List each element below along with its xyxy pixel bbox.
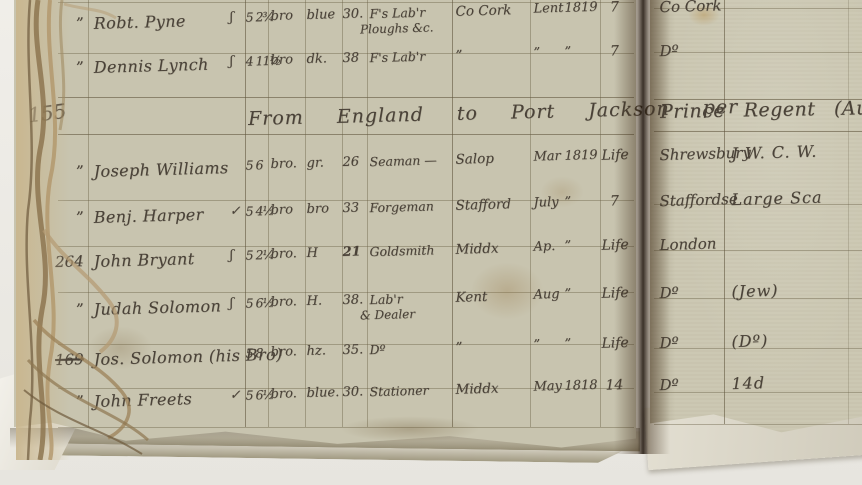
cell-remark: (Dº) [731, 329, 857, 352]
cell-eyes: blue. [306, 385, 339, 401]
cell-check-mark: ✓ [229, 388, 243, 403]
cell-year: ” [564, 194, 598, 210]
cell-county: Stafford [455, 196, 527, 214]
grid-line [654, 131, 862, 132]
cell-year: 1819 [564, 148, 598, 164]
cell-check-mark: ✓ [229, 204, 243, 219]
cell-age: 33 [342, 200, 364, 216]
cell-trade: Dº [369, 340, 449, 357]
cell-trade: Lab'r [369, 290, 449, 307]
cell-year: 1819 [564, 0, 598, 16]
cell-hair: bro. [270, 246, 302, 262]
cell-hair: bro. [270, 294, 302, 310]
cell-remark: (Jew) [731, 279, 857, 302]
cell-age: 38 [342, 50, 364, 66]
voyage-ship: Prince Regent (Aud [660, 97, 862, 123]
book-gutter-shadow [614, 0, 670, 454]
cell-height: 5 8 [245, 345, 267, 361]
cell-height: 5 2¾ [245, 9, 267, 25]
cell-eyes: gr. [306, 155, 339, 171]
cell-hair: bro [270, 52, 302, 68]
cell-age: 35. [342, 342, 364, 358]
cell-height: 5 6½ [245, 387, 267, 403]
cell-check-mark: ʃ [229, 54, 243, 69]
cell-eyes: blue [306, 7, 339, 23]
cell-hair: bro [270, 8, 302, 24]
cell-check-mark: ʃ [229, 248, 243, 263]
cell-month: Mar [533, 149, 565, 165]
cell-month: ” [533, 45, 565, 61]
cell-height: 5 2¼ [245, 247, 267, 263]
cell-eyes: hz. [306, 343, 339, 359]
cell-month: Lent [533, 1, 565, 17]
cell-county: Kent [455, 288, 527, 306]
cell-trade-note: & Dealer [360, 306, 452, 323]
cell-trade: Stationer [369, 382, 449, 399]
cell-check-mark: ʃ [229, 10, 243, 25]
cell-eyes: bro [306, 201, 339, 217]
grid-line [654, 424, 862, 425]
cell-trade: Forgeman [369, 198, 449, 215]
cell-year: ” [564, 286, 598, 302]
cell-month: July [533, 195, 565, 211]
cell-trade: F's Lab'r [369, 48, 449, 65]
cell-county: Middx [455, 380, 527, 398]
cell-check-mark: ʃ [229, 296, 243, 311]
cell-county: Co Cork [455, 2, 527, 20]
cell-month: May [533, 379, 565, 395]
cell-height: 5 6 [245, 157, 267, 173]
cell-year: 1818 [564, 378, 598, 394]
cell-year: ” [564, 44, 598, 60]
cell-eyes: H [306, 245, 339, 261]
cell-age: 21 [342, 244, 364, 260]
cell-county: Salop [455, 150, 527, 168]
cell-trade: Seaman — [369, 152, 449, 169]
cell-height: 4 11½ [245, 53, 267, 69]
cell-hair: bro. [270, 156, 302, 172]
cell-remark: Large Sca [731, 187, 857, 210]
cell-height: 5 4½ [245, 203, 267, 219]
cell-year: ” [564, 238, 598, 254]
cell-age: 38. [342, 292, 364, 308]
cell-month: ” [533, 337, 565, 353]
cell-eyes: H. [306, 293, 339, 309]
cell-age: 30. [342, 384, 364, 400]
cell-eyes: dk. [306, 51, 339, 67]
cell-month: Ap. [533, 239, 565, 255]
cell-hair: bro [270, 202, 302, 218]
cell-age: 26 [342, 154, 364, 170]
cell-hair: bro. [270, 344, 302, 360]
cell-county: ” [455, 46, 527, 64]
cell-trade-note: Ploughs &c. [360, 20, 452, 37]
cell-county: Middx [455, 240, 527, 258]
cell-remark: 14d [731, 371, 857, 394]
cell-county: ” [455, 338, 527, 356]
cell-trade: Goldsmith [369, 242, 449, 259]
frayed-spine-edge [4, 0, 164, 460]
cell-age: 30. [342, 6, 364, 22]
cell-height: 5 6½ [245, 295, 267, 311]
cell-remark: J W. C. W. [731, 141, 857, 164]
cell-month: Aug [533, 287, 565, 303]
cell-trade: F's Lab'r [369, 4, 449, 21]
cell-hair: bro. [270, 386, 302, 402]
ledger-photo: ” Robt. Pyne ʃ 5 2¾ bro blue 30. F's Lab… [0, 0, 862, 485]
cell-year: ” [564, 336, 598, 352]
